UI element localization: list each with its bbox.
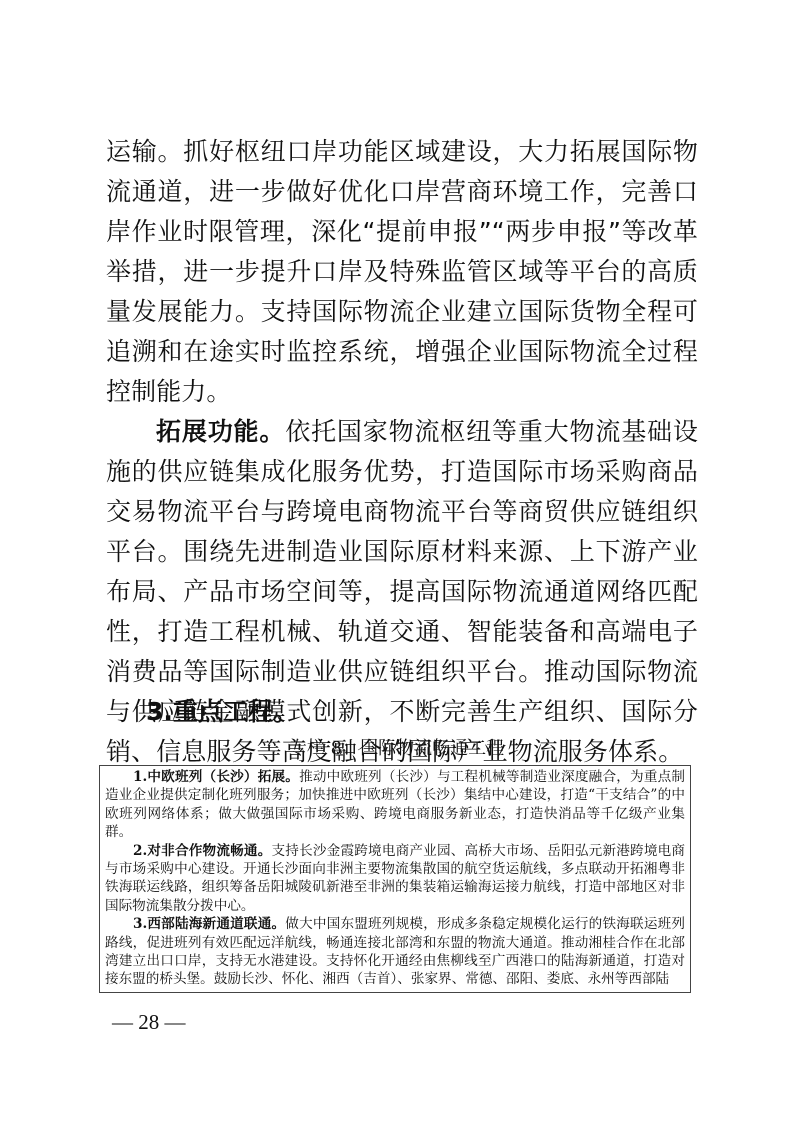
box-item-3-lead: 3.西部陆海新通道联通。 [133, 916, 285, 932]
box-item-2: 2.对非合作物流畅通。支持长沙金霞跨境电商产业园、高桥大市场、岳阳弘元新港跨境电… [105, 842, 685, 916]
box-title: 专栏 8：国际物流畅通工程 [99, 737, 694, 761]
paragraph-2-lead: 拓展功能。 [156, 417, 285, 446]
document-page: 运输。抓好枢纽口岸功能区域建设，大力拓展国际物流通道，进一步做好优化口岸营商环境… [0, 0, 793, 1122]
section-heading: 3.重点工程。 [146, 692, 298, 732]
paragraph-1: 运输。抓好枢纽口岸功能区域建设，大力拓展国际物流通道，进一步做好优化口岸营商环境… [106, 132, 698, 412]
page-number: — 28 — [112, 1009, 186, 1035]
box-item-3: 3.西部陆海新通道联通。做大中国东盟班列规模，形成多条稳定规模化运行的铁海联运班… [105, 915, 685, 989]
body-text: 运输。抓好枢纽口岸功能区域建设，大力拓展国际物流通道，进一步做好优化口岸营商环境… [106, 132, 698, 772]
feature-box: 1.中欧班列（长沙）拓展。推动中欧班列（长沙）与工程机械等制造业深度融合，为重点… [99, 765, 691, 993]
box-item-1: 1.中欧班列（长沙）拓展。推动中欧班列（长沙）与工程机械等制造业深度融合，为重点… [105, 768, 685, 842]
box-item-2-lead: 2.对非合作物流畅通。 [133, 843, 272, 859]
paragraph-1-text: 运输。抓好枢纽口岸功能区域建设，大力拓展国际物流通道，进一步做好优化口岸营商环境… [106, 137, 698, 406]
box-item-1-lead: 1.中欧班列（长沙）拓展。 [133, 769, 299, 785]
